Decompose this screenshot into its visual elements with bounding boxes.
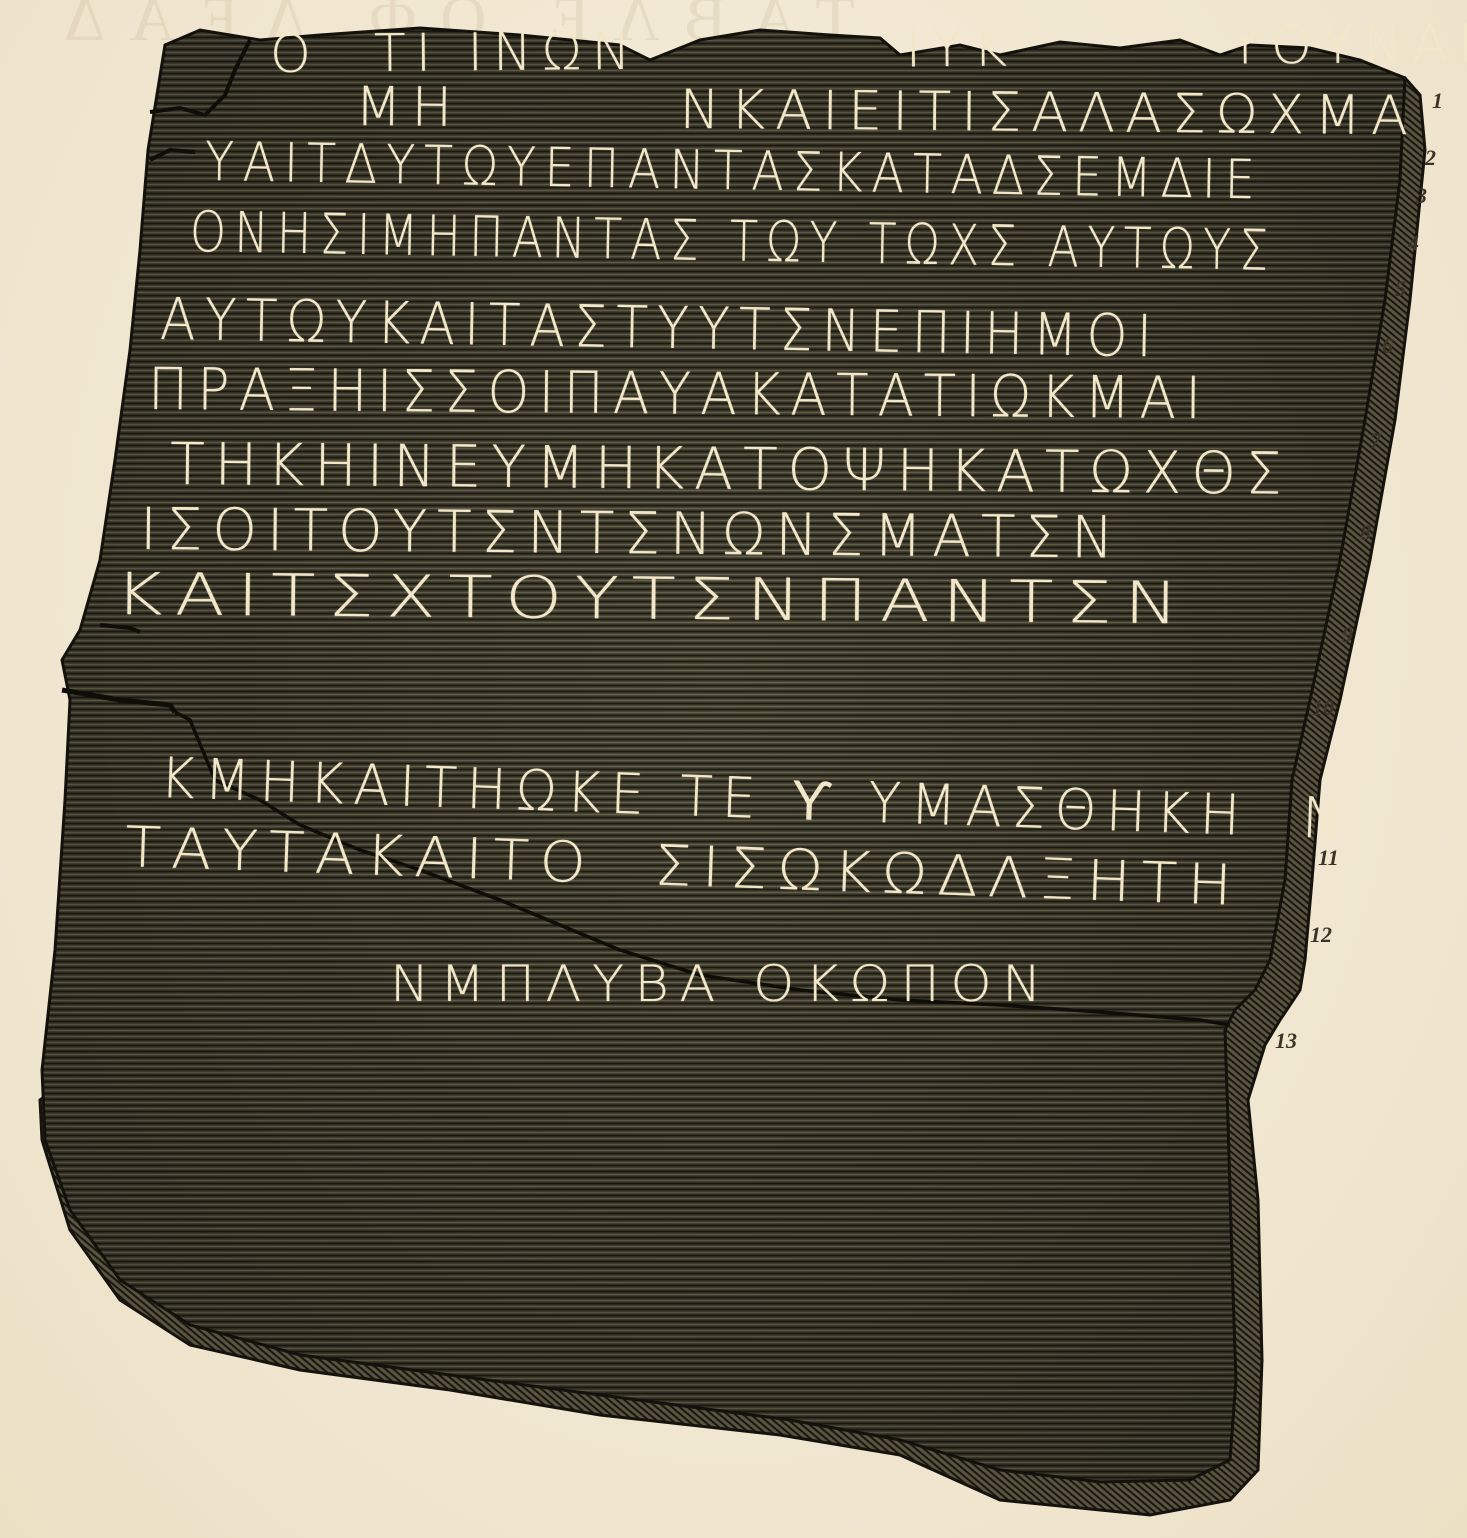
line-number-12: 12 <box>1310 922 1332 948</box>
line-number-5: 5 <box>1395 276 1406 302</box>
line-number-6: 6 <box>1382 333 1393 359</box>
line-number-13: 13 <box>1275 1028 1297 1054</box>
tablet-illustration <box>0 0 1467 1538</box>
line-number-9: 9 <box>1342 622 1353 648</box>
line-number-3: 3 <box>1416 183 1427 209</box>
line-number-10: 10 <box>1312 695 1334 721</box>
line-number-11: 11 <box>1318 845 1339 871</box>
line-number-1: 1 <box>1432 88 1443 114</box>
line-number-2: 2 <box>1425 145 1436 171</box>
line-number-8: 8 <box>1360 520 1371 546</box>
line-number-7: 7 <box>1370 428 1381 454</box>
engraving-plate: ΤΑΒΛΕ ΟΦ ΛΕΑΔ <box>0 0 1467 1538</box>
line-number-4: 4 <box>1408 230 1419 256</box>
